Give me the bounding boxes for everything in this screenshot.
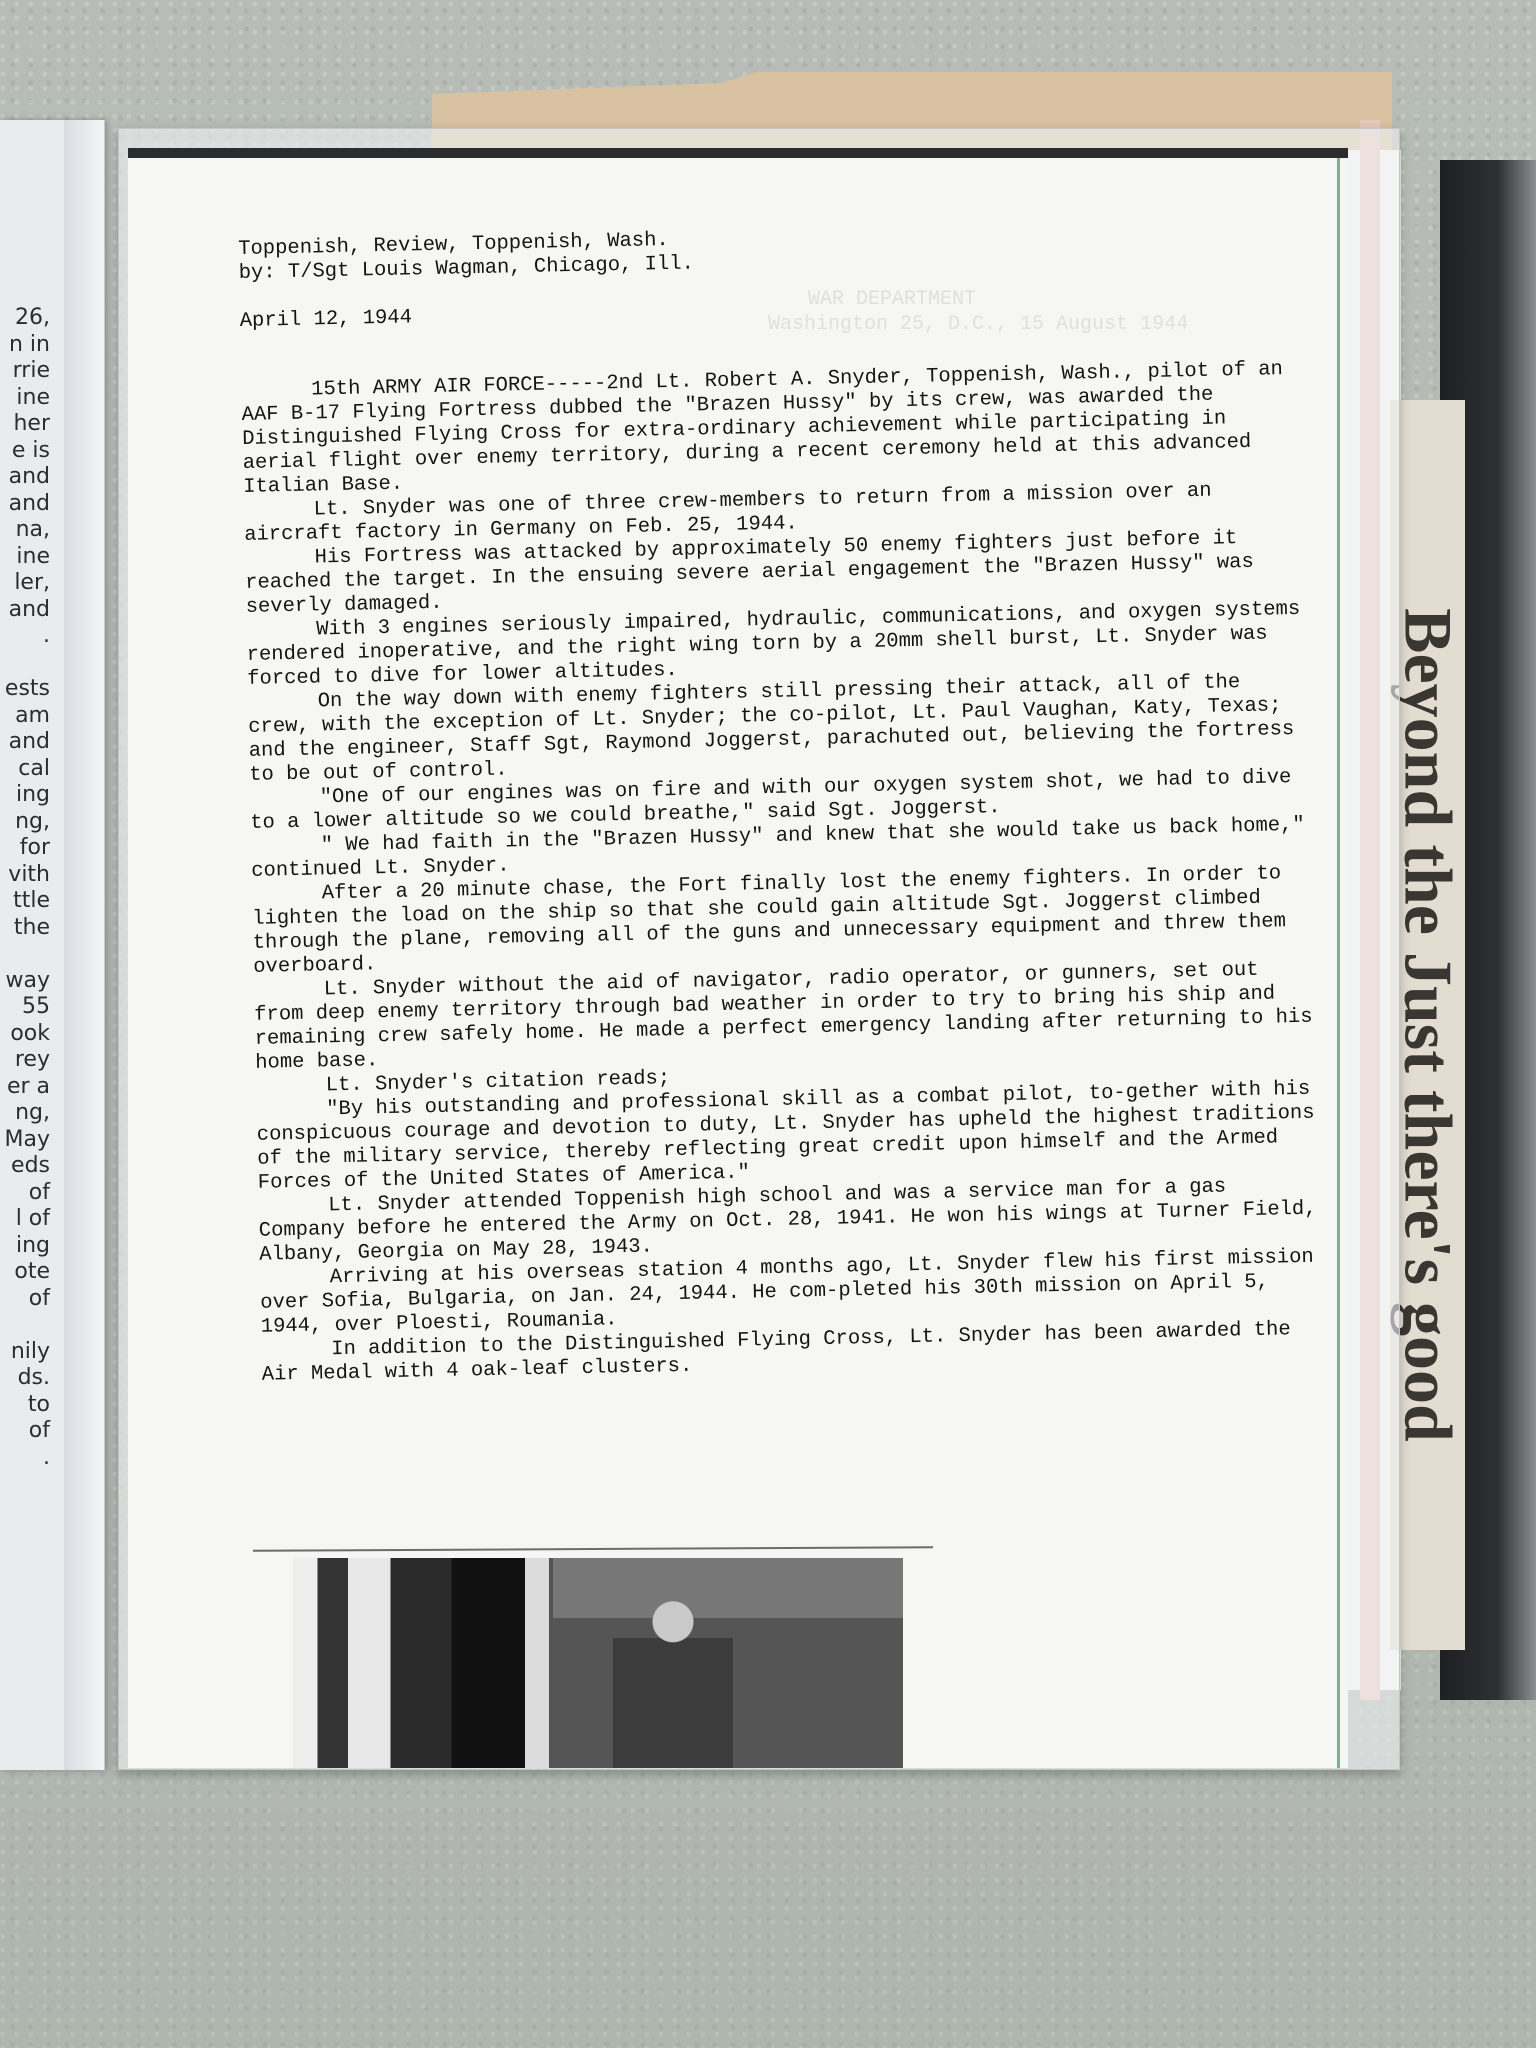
paragraph: 15th ARMY AIR FORCE-----2nd Lt. Robert A… [241,358,1303,500]
typed-document-sheet: WAR DEPARTMENT Washington 25, D.C., 15 A… [128,148,1348,1768]
clipping-headline: Beyond the Just there's good [1390,608,1465,1442]
newspaper-clipping: Beyond the Just there's good [1390,400,1465,1650]
horizontal-rule [253,1546,933,1552]
document-text: Toppenish, Review, Toppenish, Wash. by: … [238,216,1322,1388]
seated-airman-figure [613,1598,733,1768]
article-body: 15th ARMY AIR FORCE-----2nd Lt. Robert A… [241,358,1322,1388]
sheet-green-edge [1337,158,1340,1768]
aircraft-interior-photo [293,1558,903,1768]
binder-sleeve [64,120,104,1770]
document-date: April 12, 1944 [240,288,1300,334]
left-page-text: 26, n in rrie ine her e is and and na, i… [0,305,50,1471]
